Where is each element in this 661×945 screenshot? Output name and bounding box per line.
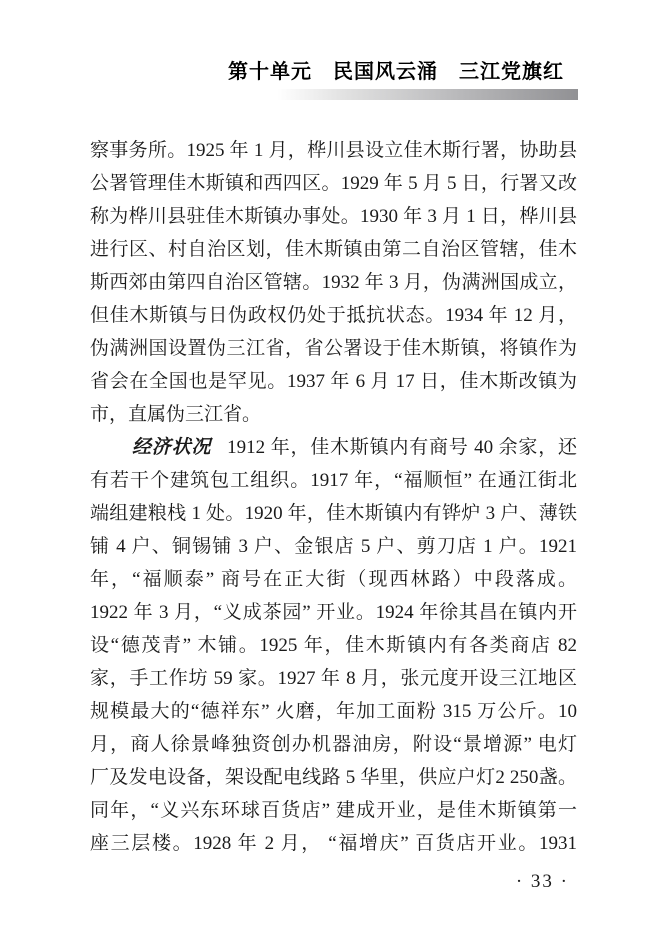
para2-line: 月，商人徐景峰独资创办机器油房，附设“景增源” 电灯 bbox=[90, 728, 577, 761]
para1-line: 公署管理佳木斯镇和西四区。1929 年 5 月 5 日，行署又改 bbox=[90, 167, 577, 200]
para1-line: 省会在全国也是罕见。1937 年 6 月 17 日，佳木斯改镇为 bbox=[90, 365, 577, 398]
para1-line: 伪满洲国设置伪三江省，省公署设于佳木斯镇，将镇作为 bbox=[90, 332, 577, 365]
para2-heading-label: 经济状况 bbox=[132, 437, 211, 458]
para2-line: 有若干个建筑包工组织。1917 年，“福顺恒” 在通江街北 bbox=[90, 464, 577, 497]
para1-line: 但佳木斯镇与日伪政权仍处于抵抗状态。1934 年 12 月， bbox=[90, 299, 577, 332]
page-number: · 33 · bbox=[90, 869, 577, 895]
para2-line: 设“德茂青” 木铺。1925 年，佳木斯镇内有各类商店 82 bbox=[90, 629, 577, 662]
header-gradient-rule bbox=[277, 89, 578, 100]
para1-last-line: 市，直属伪三江省。 bbox=[90, 398, 577, 431]
para2-line: 铺 4 户、铜锡铺 3 户、金银店 5 户、剪刀店 1 户。1921 bbox=[90, 530, 577, 563]
para2-line: 同年，“义兴东环球百货店” 建成开业，是佳木斯镇第一 bbox=[90, 794, 577, 827]
para2-line: 家，手工作坊 59 家。1927 年 8 月，张元度开设三江地区 bbox=[90, 662, 577, 695]
para2-line: 厂及发电设备，架设配电线路 5 华里，供应户灯2 250盏。 bbox=[90, 761, 577, 794]
running-header-title: 第十单元 民国风云涌 三江党旗红 bbox=[228, 59, 564, 85]
para1-line: 斯西郊由第四自治区管辖。1932 年 3 月，伪满洲国成立， bbox=[90, 266, 577, 299]
para2-line: 1922 年 3 月，“义成茶园” 开业。1924 年徐其昌在镇内开 bbox=[90, 596, 577, 629]
para2-line: 年，“福顺泰” 商号在正大街（现西林路）中段落成。 bbox=[90, 563, 577, 596]
book-page: 第十单元 民国风云涌 三江党旗红 察事务所。1925 年 1 月，桦川县设立佳木… bbox=[0, 0, 661, 945]
para2-line: 座三层楼。1928 年 2 月， “福增庆” 百货店开业。1931 bbox=[90, 827, 577, 860]
para1-line: 称为桦川县驻佳木斯镇办事处。1930 年 3 月 1 日，桦川县 bbox=[90, 200, 577, 233]
para2-line: 端组建粮栈 1 处。1920 年，佳木斯镇内有铧炉 3 户、薄铁 bbox=[90, 497, 577, 530]
body-text-block: 察事务所。1925 年 1 月，桦川县设立佳木斯行署，协助县 公署管理佳木斯镇和… bbox=[90, 134, 577, 860]
para2-first-line: 经济状况1912 年，佳木斯镇内有商号 40 余家，还 bbox=[90, 431, 577, 464]
para1-line: 察事务所。1925 年 1 月，桦川县设立佳木斯行署，协助县 bbox=[90, 134, 577, 167]
para2-line: 规模最大的“德祥东” 火磨，年加工面粉 315 万公斤。10 bbox=[90, 695, 577, 728]
para1-line: 进行区、村自治区划，佳木斯镇由第二自治区管辖，佳木 bbox=[90, 233, 577, 266]
para2-first-line-text: 1912 年，佳木斯镇内有商号 40 余家，还 bbox=[227, 437, 577, 458]
